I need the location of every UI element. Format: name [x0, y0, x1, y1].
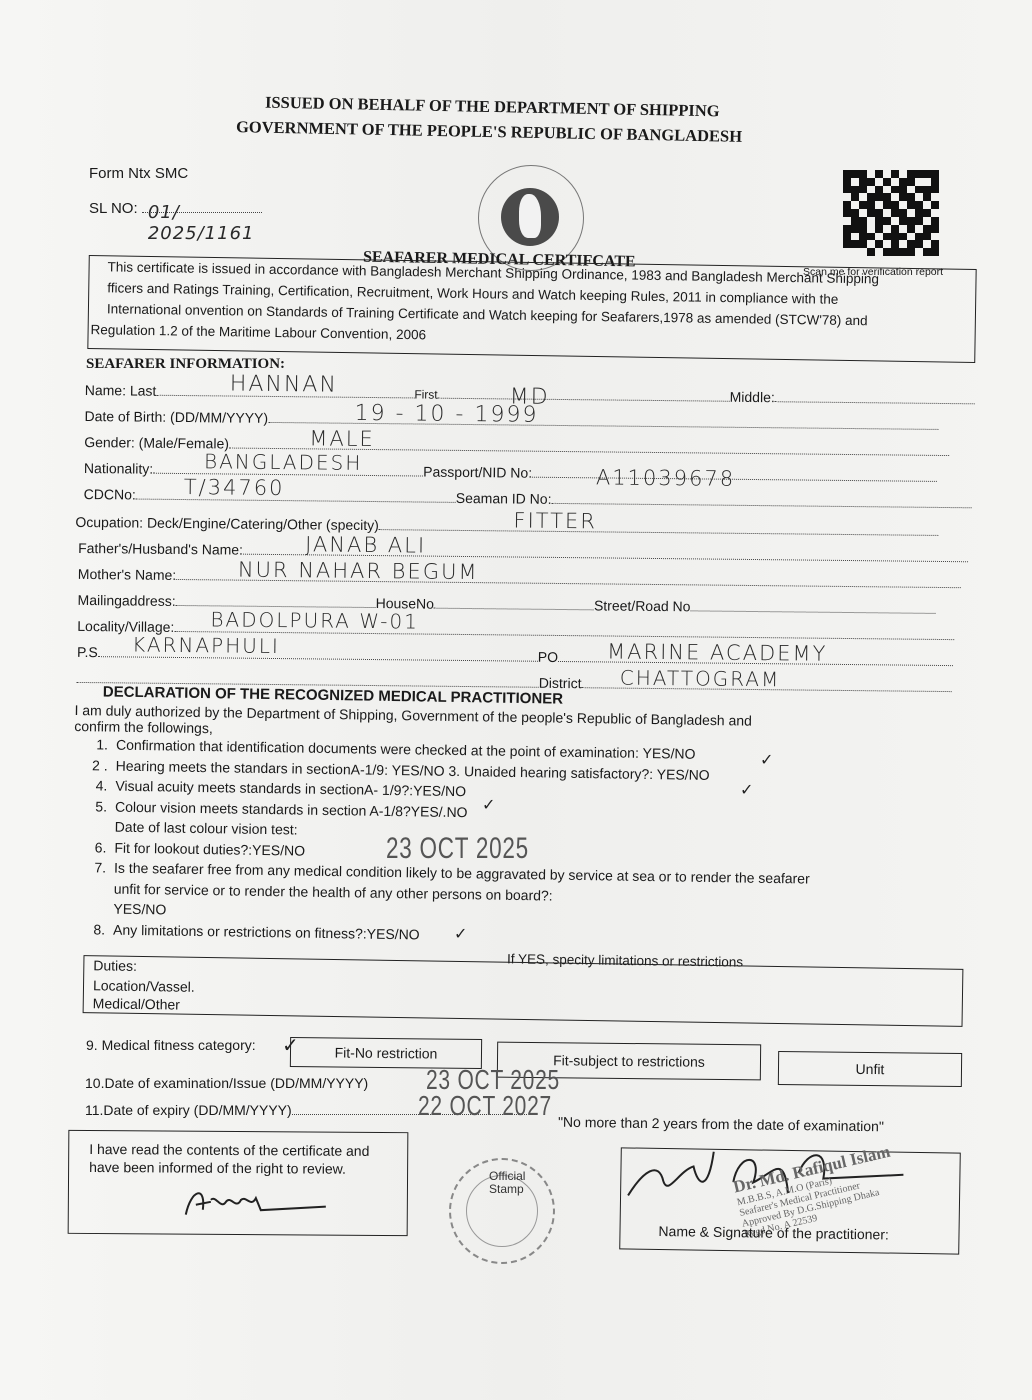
- occupation-row: Ocupation: Deck/Engine/Catering/Other (s…: [75, 514, 939, 539]
- fitness-option-label: Fit-No restriction: [335, 1044, 438, 1061]
- form-number: Form Ntx SMC: [89, 165, 188, 182]
- occupation-value[interactable]: FITTER: [513, 508, 597, 533]
- item-number: 5.: [73, 797, 115, 818]
- street-label: Street/Road No: [594, 597, 691, 614]
- expiry-note: "No more than 2 years from the date of e…: [558, 1114, 884, 1135]
- seaman-id-label: Seaman ID No:: [456, 490, 552, 507]
- checkmark-icon: ✓: [740, 780, 753, 800]
- expiry-date-label: 11.Date of expiry (DD/MM/YYYY): [85, 1102, 292, 1118]
- item-number: [71, 900, 113, 921]
- passport-value[interactable]: A11039678: [596, 465, 736, 490]
- mailing-row: Mailingaddress:HouseNoStreet/Road No: [78, 592, 936, 617]
- item-number: 1.: [74, 736, 116, 757]
- acknowledgement-text: I have read the contents of the certific…: [89, 1141, 379, 1178]
- father-name-label: Father's/Husband's Name:: [78, 540, 243, 558]
- po-value[interactable]: MARINE ACADEMY: [607, 639, 828, 665]
- location-label: Location/Vassel.: [93, 977, 195, 995]
- mother-name-label: Mother's Name:: [78, 566, 177, 583]
- father-row: Father's/Husband's Name:: [78, 540, 968, 565]
- item-number: [73, 818, 115, 839]
- item-number: 4.: [73, 777, 115, 798]
- item-number: 8.: [71, 920, 113, 941]
- official-stamp-label: Official Stamp: [489, 1170, 553, 1195]
- item-text: YES/NO: [113, 901, 166, 922]
- intro-line-4: Regulation 1.2 of the Maritime Labour Co…: [91, 322, 427, 342]
- item-text: Date of last colour vision test:: [115, 819, 298, 842]
- nationality-value[interactable]: BANGLADESH: [204, 449, 363, 475]
- cdc-label: CDCNo:: [84, 486, 136, 503]
- header-line-1: ISSUED ON BEHALF OF THE DEPARTMENT OF SH…: [265, 93, 720, 122]
- seafarer-fields: Name: LastFirstMiddle: HANNAN MD Date of…: [82, 370, 977, 699]
- occupation-label: Ocupation: Deck/Engine/Catering/Other (s…: [75, 514, 379, 533]
- ps-value[interactable]: KARNAPHULI: [132, 633, 280, 659]
- medical-other-label: Medical/Other: [93, 995, 180, 1012]
- intro-box: This certificate is issued in accordance…: [87, 255, 976, 363]
- mother-row: Mother's Name:: [78, 566, 961, 591]
- item-number: 7.: [72, 859, 114, 880]
- official-stamp-icon: Official Stamp: [449, 1158, 555, 1264]
- acknowledgement-box: I have read the contents of the certific…: [68, 1130, 409, 1236]
- mailing-address-label: Mailingaddress:: [78, 592, 176, 609]
- item-number: 6.: [72, 838, 114, 859]
- dob-value[interactable]: 19 - 10 - 1999: [354, 401, 538, 428]
- seafarer-signature-icon: [181, 1180, 331, 1226]
- practitioner-label: Name & Signature of the practitioner:: [658, 1223, 889, 1243]
- dob-label: Date of Birth: (DD/MM/YYYY): [84, 408, 268, 426]
- declaration-section: DECLARATION OF THE RECOGNIZED MEDICAL PR…: [71, 683, 975, 955]
- fitness-option-label: Unfit: [856, 1061, 885, 1077]
- qr-code-icon[interactable]: [843, 170, 939, 256]
- colour-test-date: 23 OCT 2025: [386, 832, 529, 866]
- checkmark-icon: ✓: [760, 750, 773, 770]
- father-name-value[interactable]: JANAB ALI: [305, 532, 426, 557]
- exam-date-label: 10.Date of examination/Issue (DD/MM/YYYY…: [85, 1075, 368, 1091]
- mother-name-value[interactable]: NUR NAHAR BEGUM: [238, 558, 479, 585]
- fitness-option-unfit[interactable]: Unfit: [778, 1051, 962, 1087]
- sl-value: 01/ 2025/1161: [148, 202, 262, 244]
- item-number: 2 .: [74, 756, 116, 777]
- nationality-label: Nationality:: [84, 460, 153, 477]
- fitness-label: 9. Medical fitness category:: [86, 1037, 256, 1053]
- locality-value[interactable]: BADOLPURA W-01: [210, 607, 419, 633]
- sl-number: SL NO: 01/ 2025/1161: [89, 200, 262, 217]
- last-name-label: Name: Last: [85, 382, 157, 399]
- checkmark-icon: ✓: [454, 924, 467, 944]
- ps-label: P.S: [77, 644, 98, 660]
- fitness-option-label: Fit-subject to restrictions: [553, 1052, 705, 1070]
- passport-label: Passport/NID No:: [423, 464, 532, 481]
- gender-value[interactable]: MALE: [309, 426, 375, 451]
- cdc-value[interactable]: T/34760: [184, 475, 285, 500]
- certificate-page: ISSUED ON BEHALF OF THE DEPARTMENT OF SH…: [0, 0, 1032, 1400]
- duties-label: Duties:: [93, 957, 137, 974]
- last-name-value[interactable]: HANNAN: [230, 372, 338, 398]
- practitioner-box: Dr. Md. Rafiqul Islam M.B.B.S, A.M.O (Pa…: [619, 1147, 961, 1254]
- district-label: District: [539, 675, 582, 691]
- header-line-2: GOVERNMENT OF THE PEOPLE'S REPUBLIC OF B…: [236, 117, 742, 147]
- middle-name-label: Middle:: [730, 389, 775, 405]
- checkmark-icon: ✓: [482, 795, 495, 815]
- district-value[interactable]: CHATTOGRAM: [620, 666, 781, 692]
- item-text: Any limitations or restrictions on fitne…: [113, 921, 420, 946]
- po-label: PO: [538, 649, 558, 665]
- restrictions-box: Duties: Location/Vassel. Medical/Other: [83, 955, 964, 1027]
- item-number: [72, 879, 114, 900]
- expiry-date-value: 22 OCT 2027: [418, 1090, 552, 1122]
- sl-label: SL NO:: [89, 200, 138, 217]
- first-name-label: First: [414, 387, 437, 401]
